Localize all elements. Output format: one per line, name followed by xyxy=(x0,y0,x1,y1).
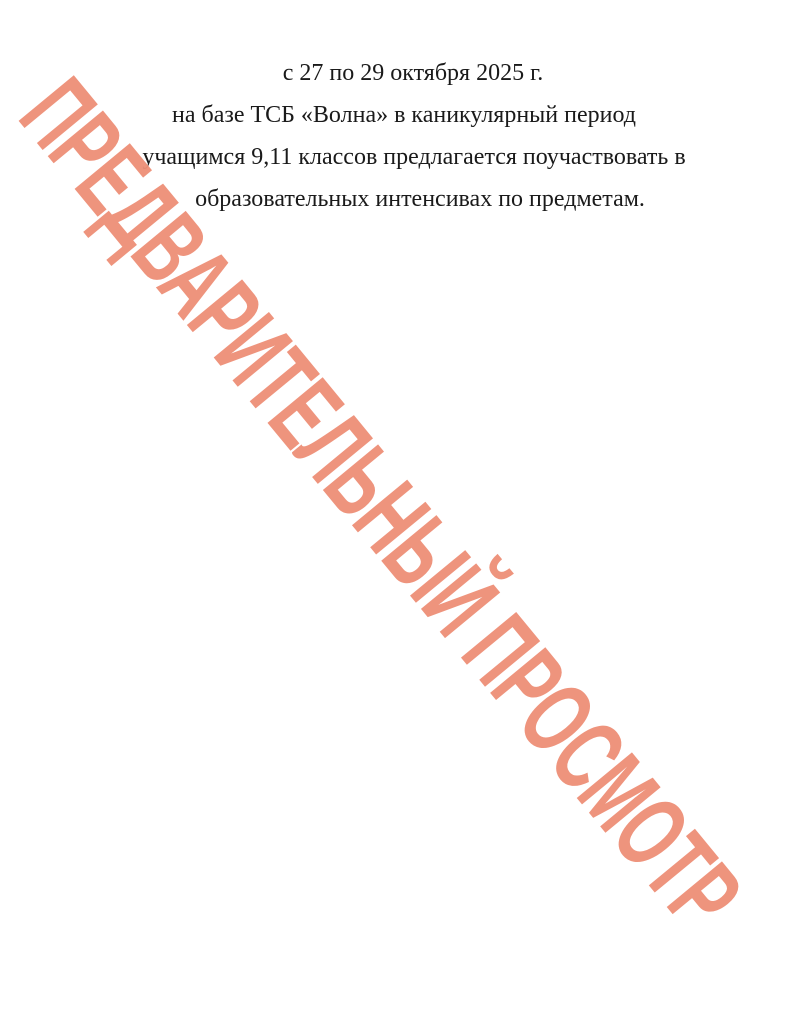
document-page: с 27 по 29 октября 2025 г. на базе ТСБ «… xyxy=(0,0,800,1024)
document-body: с 27 по 29 октября 2025 г. на базе ТСБ «… xyxy=(0,52,800,220)
date-line: с 27 по 29 октября 2025 г. xyxy=(0,52,800,94)
audience-line: учащимся 9,11 классов предлагается поуча… xyxy=(0,136,800,178)
subject-line: образовательных интенсивах по предметам. xyxy=(0,178,800,220)
venue-line: на базе ТСБ «Волна» в каникулярный перио… xyxy=(0,94,800,136)
